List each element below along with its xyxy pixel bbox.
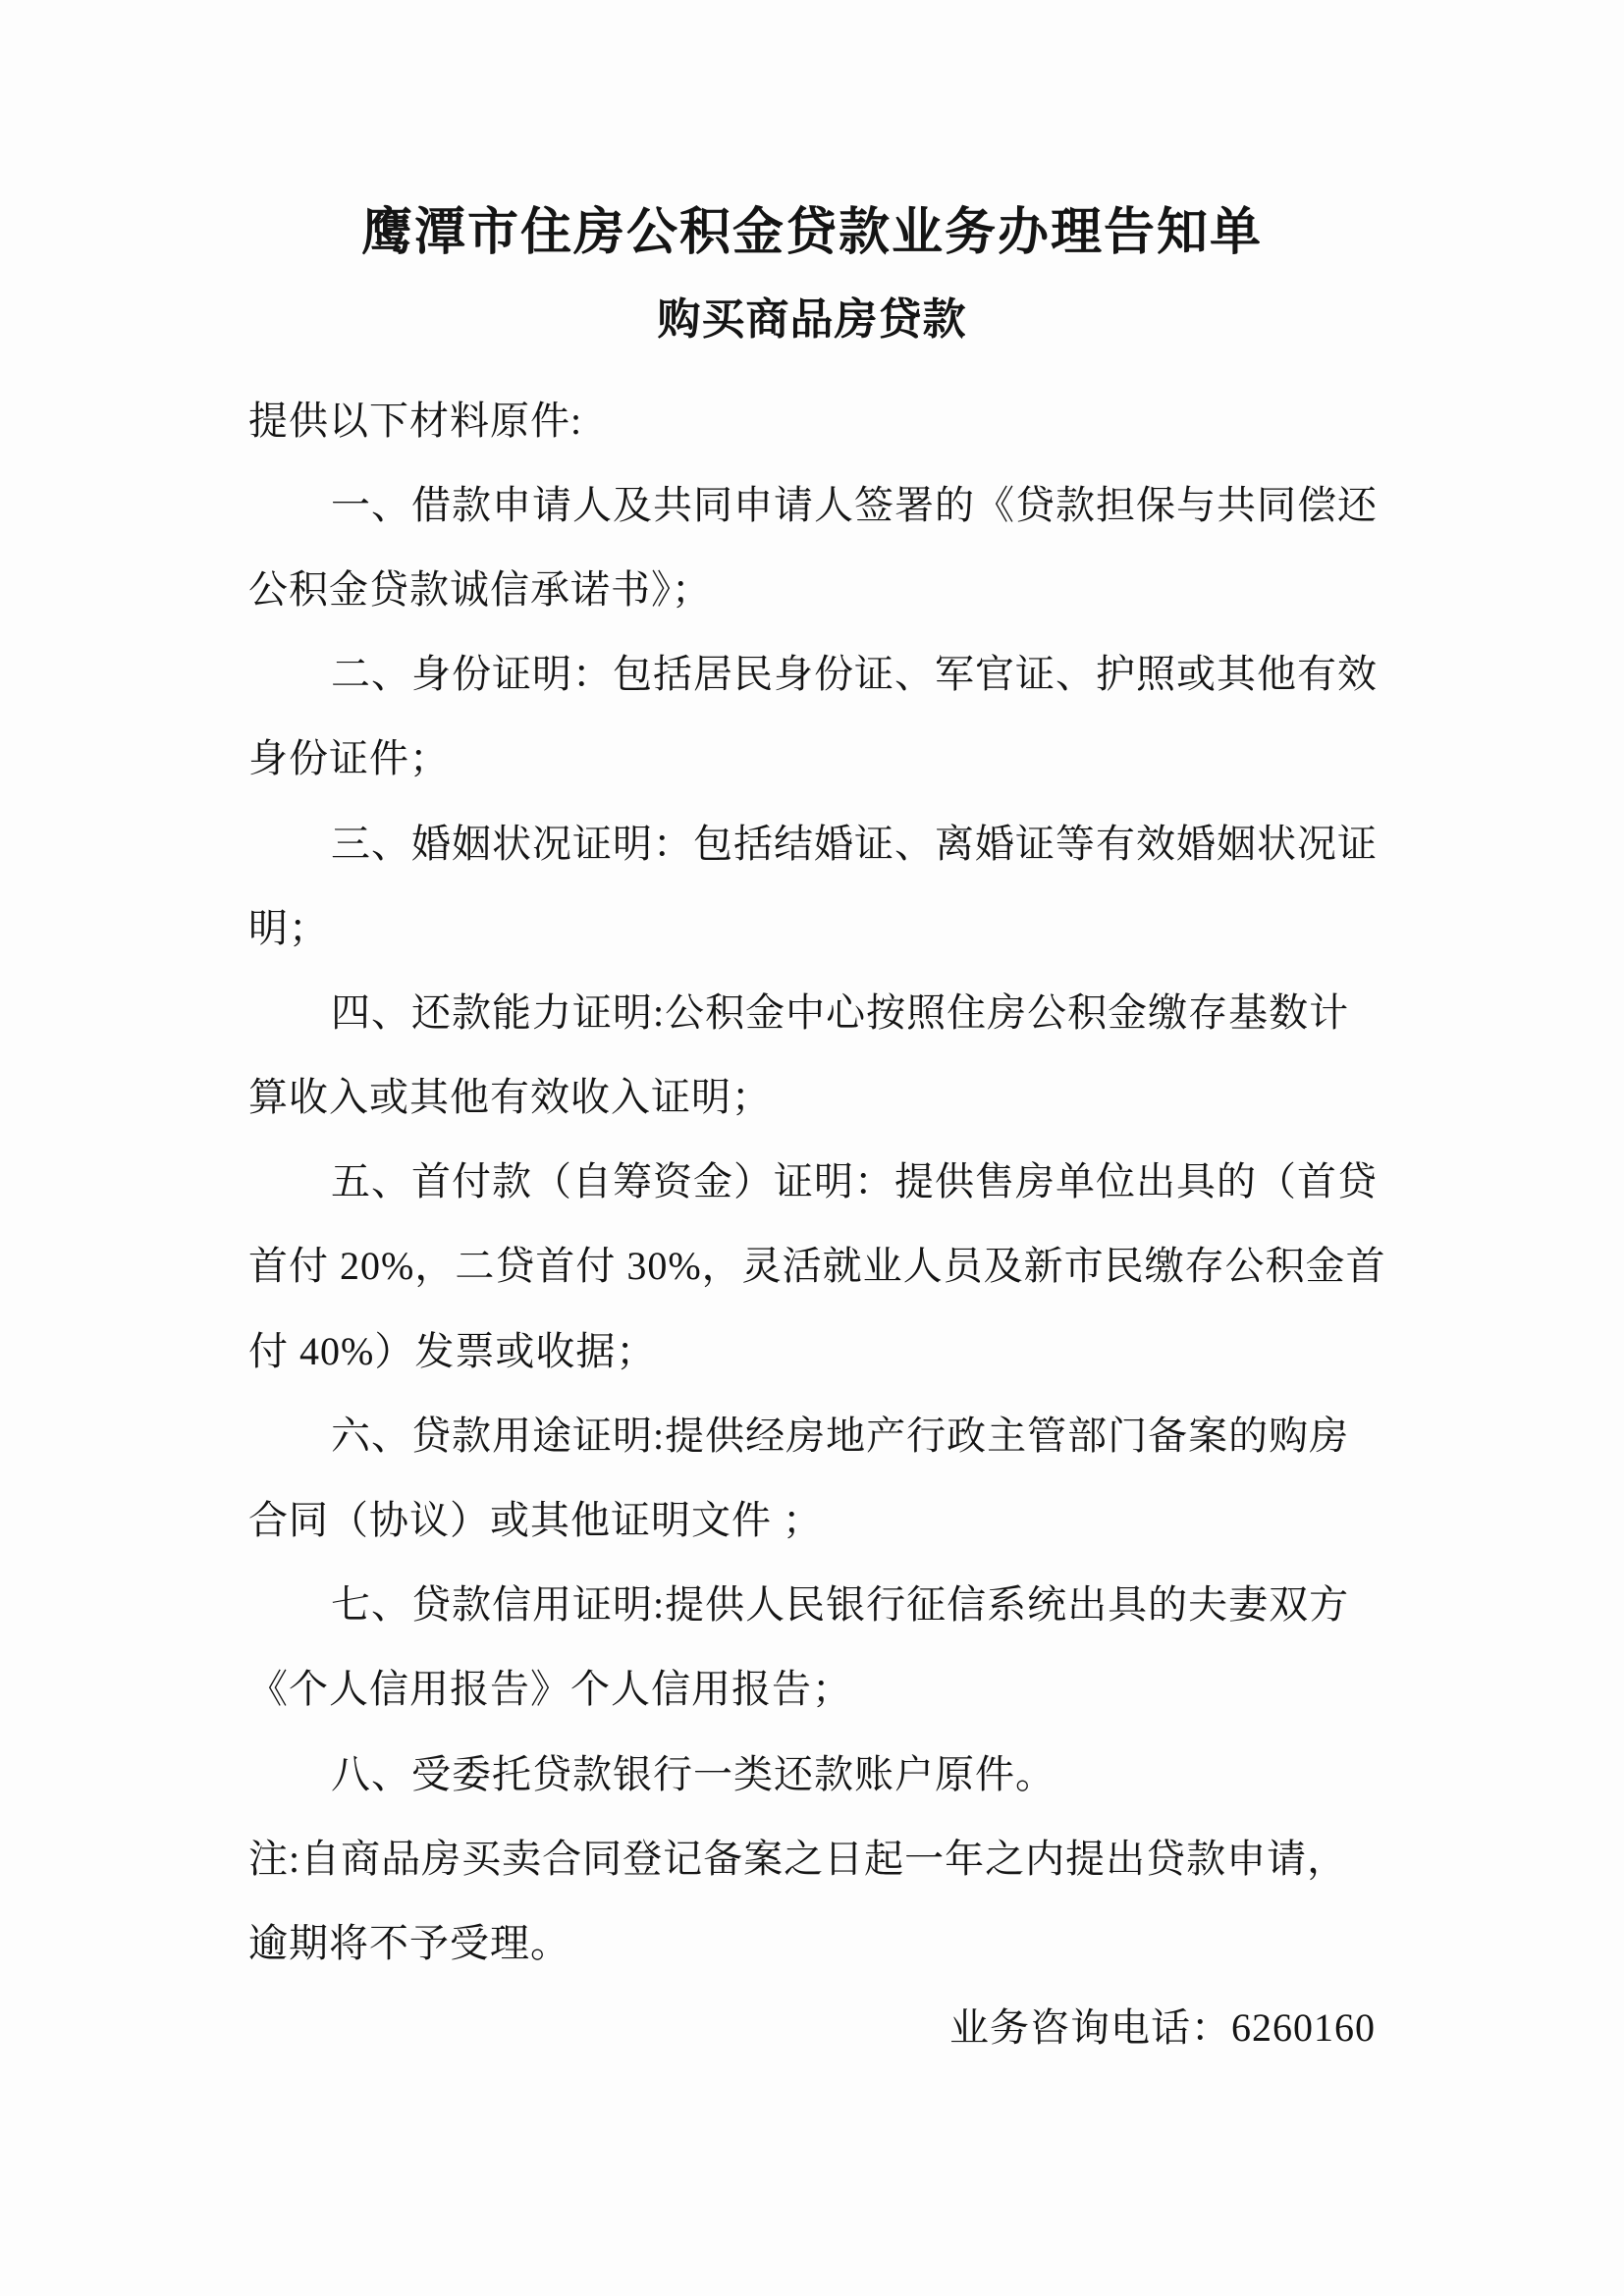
document-line: 一、借款申请人及共同申请人签署的《贷款担保与共同偿还	[248, 459, 1376, 544]
document-line: 注:自商品房买卖合同登记备案之日起一年之内提出贷款申请，	[248, 1813, 1376, 1897]
document-line: 三、婚姻状况证明：包括结婚证、离婚证等有效婚姻状况证	[248, 798, 1376, 882]
document-subtitle: 购买商品房贷款	[0, 294, 1624, 347]
document-line: 付 40%）发票或收据；	[248, 1306, 1376, 1390]
document-line: 二、身份证明：包括居民身份证、军官证、护照或其他有效	[248, 629, 1376, 714]
document-line: 七、贷款信用证明:提供人民银行征信系统出具的夫妻双方	[248, 1560, 1376, 1644]
document-line: 提供以下材料原件:	[248, 375, 1376, 459]
document-title: 鹰潭市住房公积金贷款业务办理告知单	[0, 202, 1624, 263]
document-line: 业务咨询电话：6260160	[248, 1983, 1376, 2067]
document-line: 逾期将不予受理。	[248, 1897, 1376, 1982]
document-line: 合同（协议）或其他证明文件 ；	[248, 1474, 1376, 1559]
document-line: 算收入或其他有效收入证明；	[248, 1052, 1376, 1137]
document-line: 六、贷款用途证明:提供经房地产行政主管部门备案的购房	[248, 1390, 1376, 1474]
document-line: 身份证件；	[248, 714, 1376, 798]
document-line: 明；	[248, 882, 1376, 967]
document-line: 《个人信用报告》个人信用报告；	[248, 1644, 1376, 1729]
document-line: 八、受委托贷款银行一类还款账户原件。	[248, 1729, 1376, 1813]
document-line: 公积金贷款诚信承诺书》；	[248, 544, 1376, 628]
document-page: 鹰潭市住房公积金贷款业务办理告知单 购买商品房贷款 提供以下材料原件:一、借款申…	[0, 0, 1624, 2296]
document-line: 四、还款能力证明:公积金中心按照住房公积金缴存基数计	[248, 967, 1376, 1051]
document-line: 五、首付款（自筹资金）证明：提供售房单位出具的（首贷	[248, 1137, 1376, 1221]
document-line: 首付 20%，二贷首付 30%，灵活就业人员及新市民缴存公积金首	[248, 1221, 1376, 1306]
document-body: 提供以下材料原件:一、借款申请人及共同申请人签署的《贷款担保与共同偿还公积金贷款…	[248, 375, 1376, 2067]
